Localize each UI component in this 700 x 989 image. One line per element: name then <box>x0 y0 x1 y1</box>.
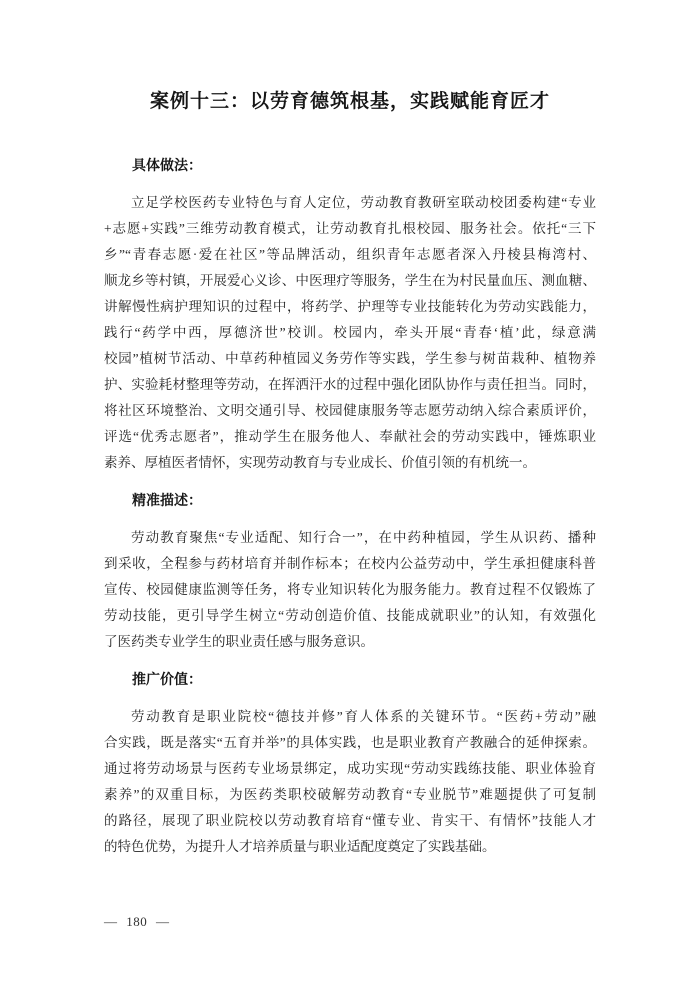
body-line: 劳动教育聚焦“专业适配、知行合一”，在中药种植园，学生从识药、播种 <box>104 525 596 551</box>
section-precise-description: 精准描述： 劳动教育聚焦“专业适配、知行合一”，在中药种植园，学生从识药、播种 … <box>104 487 596 655</box>
body-line: 讲解慢性病护理知识的过程中，将药学、护理等专业技能转化为劳动实践能力， <box>104 294 596 320</box>
page-title: 案例十三：以劳育德筑根基，实践赋能育匠才 <box>104 90 596 114</box>
body-line: 了医药类专业学生的职业责任感与服务意识。 <box>104 629 596 655</box>
section-concrete-practices: 具体做法： 立足学校医药专业特色与育人定位，劳动教育教研室联动校团委构建“专业 … <box>104 152 596 476</box>
body-line: 的路径，展现了职业院校以劳动教育培育“懂专业、肯实干、有情怀”技能人才 <box>104 808 596 834</box>
body-line: 校园”植树节活动、中草药种植园义务劳作等实践，学生参与树苗栽种、植物养 <box>104 346 596 372</box>
document-page: 案例十三：以劳育德筑根基，实践赋能育匠才 具体做法： 立足学校医药专业特色与育人… <box>0 0 700 989</box>
body-line: 护、实验耗材整理等劳动，在挥洒汗水的过程中强化团队协作与责任担当。同时， <box>104 372 596 398</box>
page-number: — 180 — <box>104 913 170 931</box>
body-line: 合实践，既是落实“五育并举”的具体实践，也是职业教育产教融合的延伸探索。 <box>104 730 596 756</box>
section-heading: 推广价值： <box>104 666 596 692</box>
body-line: 践行“药学中西，厚德济世”校训。校园内，牵头开展“青春‘植’此，绿意满 <box>104 320 596 346</box>
body-line: 的特色优势，为提升人才培养质量与职业适配度奠定了实践基础。 <box>104 834 596 860</box>
body-line: 立足学校医药专业特色与育人定位，劳动教育教研室联动校团委构建“专业 <box>104 190 596 216</box>
document-content: 案例十三：以劳育德筑根基，实践赋能育匠才 具体做法： 立足学校医药专业特色与育人… <box>104 90 596 860</box>
body-line: 宣传、校园健康监测等任务，将专业知识转化为服务能力。教育过程不仅锻炼了 <box>104 577 596 603</box>
body-line: 劳动技能，更引导学生树立“劳动创造价值、技能成就职业”的认知，有效强化 <box>104 603 596 629</box>
section-heading: 具体做法： <box>104 152 596 178</box>
section-promotion-value: 推广价值： 劳动教育是职业院校“德技并修”育人体系的关键环节。“医药+劳动”融 … <box>104 666 596 860</box>
body-line: 将社区环境整治、文明交通引导、校园健康服务等志愿劳动纳入综合素质评价， <box>104 398 596 424</box>
body-line: 素养”的双重目标，为医药类职校破解劳动教育“专业脱节”难题提供了可复制 <box>104 782 596 808</box>
body-line: +志愿+实践”三维劳动教育模式，让劳动教育扎根校园、服务社会。依托“三下 <box>104 216 596 242</box>
body-line: 乡”“青春志愿·爱在社区”等品牌活动，组织青年志愿者深入丹棱县梅湾村、 <box>104 242 596 268</box>
body-line: 顺龙乡等村镇，开展爱心义诊、中医理疗等服务，学生在为村民量血压、测血糖、 <box>104 268 596 294</box>
body-line: 劳动教育是职业院校“德技并修”育人体系的关键环节。“医药+劳动”融 <box>104 704 596 730</box>
body-line: 评选“优秀志愿者”，推动学生在服务他人、奉献社会的劳动实践中，锤炼职业 <box>104 424 596 450</box>
body-line: 到采收，全程参与药材培育并制作标本；在校内公益劳动中，学生承担健康科普 <box>104 551 596 577</box>
body-line: 素养、厚植医者情怀，实现劳动教育与专业成长、价值引领的有机统一。 <box>104 450 596 476</box>
section-heading: 精准描述： <box>104 487 596 513</box>
body-line: 通过将劳动场景与医药专业场景绑定，成功实现“劳动实践练技能、职业体验育 <box>104 756 596 782</box>
